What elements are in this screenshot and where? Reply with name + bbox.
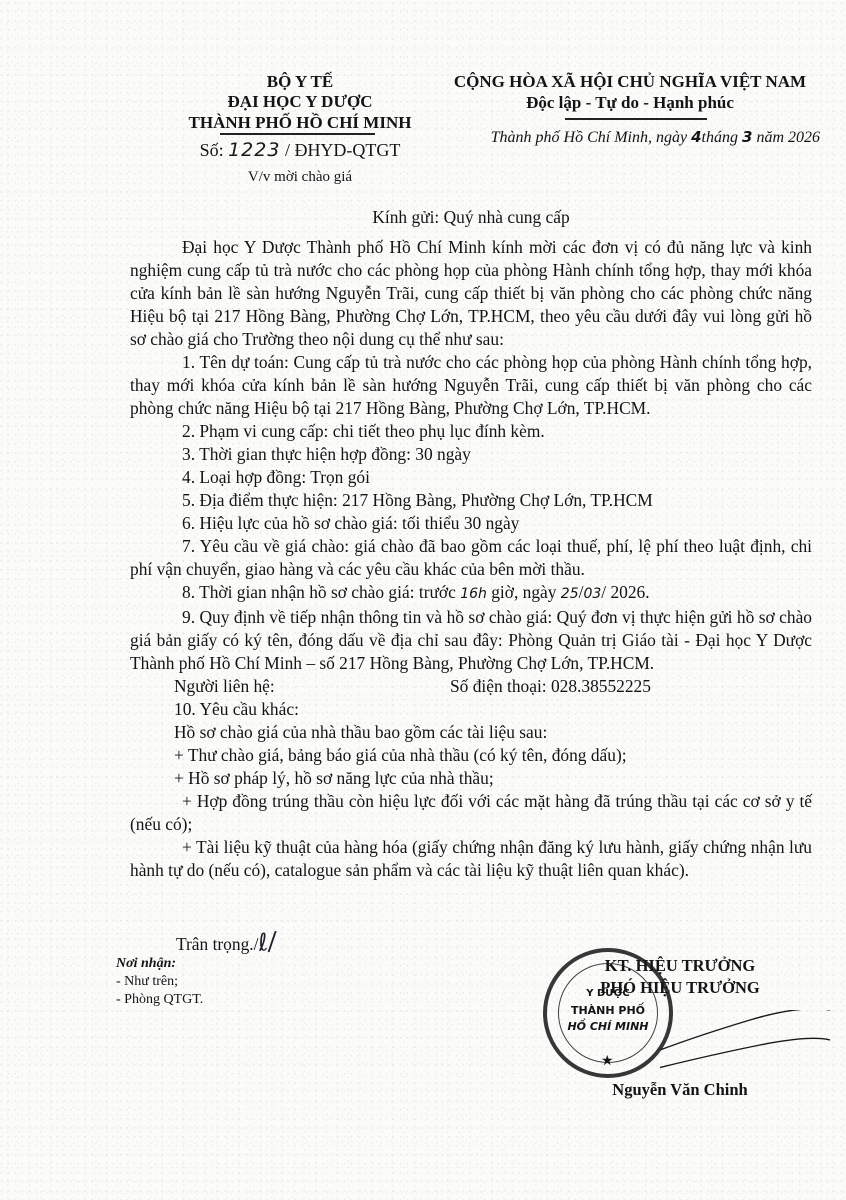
subject-line: V/v mời chào giá xyxy=(150,169,450,186)
required-doc-1: + Thư chào giá, bảng báo giá của nhà thầ… xyxy=(130,744,812,767)
item-9: 9. Quy định về tiếp nhận thông tin và hồ… xyxy=(130,606,812,675)
item-8: 8. Thời gian nhận hồ sơ chào giá: trước … xyxy=(130,581,812,606)
university-name-line2: THÀNH PHỐ HỒ CHÍ MINH xyxy=(150,112,450,133)
date-month-label: tháng xyxy=(702,129,742,146)
date-month-handwritten: 3 xyxy=(742,128,752,146)
deadline-day-handwritten: 25 xyxy=(561,586,579,602)
recipients-block: Nơi nhận: - Như trên; - Phòng QTGT. xyxy=(116,955,203,1009)
date-year: năm 2026 xyxy=(752,129,820,146)
doc-number-handwritten: 1223 xyxy=(228,139,280,161)
contact-phone: Số điện thoại: 028.38552225 xyxy=(450,675,651,698)
item-5: 5. Địa điểm thực hiện: 217 Hồng Bàng, Ph… xyxy=(130,489,812,512)
recipient-item: - Như trên; xyxy=(116,973,203,991)
recipient-item: - Phòng QTGT. xyxy=(116,991,203,1009)
item-8-suffix: / 2026. xyxy=(601,582,649,602)
doc-number-suffix: / ĐHYD-QTGT xyxy=(280,140,400,160)
doc-number-label: Số: xyxy=(200,140,229,160)
required-doc-3: + Hợp đồng trúng thầu còn hiệu lực đối v… xyxy=(130,790,812,836)
issuing-organization: BỘ Y TẾ ĐẠI HỌC Y DƯỢC THÀNH PHỐ HỒ CHÍ … xyxy=(150,72,450,133)
item-7: 7. Yêu cầu về giá chào: giá chào đã bao … xyxy=(130,535,812,581)
item-8-prefix: 8. Thời gian nhận hồ sơ chào giá: trước xyxy=(182,582,460,602)
letter-body: Đại học Y Dược Thành phố Hồ Chí Minh kín… xyxy=(130,236,812,882)
recipients-title: Nơi nhận: xyxy=(116,955,203,973)
seal-text-2: THÀNH PHỐ xyxy=(547,1004,669,1017)
signature-title-1: KT. HIỆU TRƯỞNG xyxy=(560,955,800,977)
document-number: Số: 1223 / ĐHYD-QTGT xyxy=(150,139,450,161)
intro-paragraph: Đại học Y Dược Thành phố Hồ Chí Minh kín… xyxy=(130,236,812,351)
required-doc-2: + Hồ sơ pháp lý, hồ sơ năng lực của nhà … xyxy=(130,767,812,790)
ministry-name: BỘ Y TẾ xyxy=(150,72,450,92)
item-4: 4. Loại hợp đồng: Trọn gói xyxy=(130,466,812,489)
national-motto: Độc lập - Tự do - Hạnh phúc xyxy=(440,92,820,113)
contact-row: Người liên hệ: Số điện thoại: 028.385522… xyxy=(130,675,812,698)
item-10-title: 10. Yêu cầu khác: xyxy=(130,698,812,721)
seal-text-3: HỒ CHÍ MINH xyxy=(547,1020,669,1033)
item-8-mid: giờ, ngày xyxy=(487,582,561,602)
deadline-month-handwritten: 03 xyxy=(583,586,601,602)
deadline-hour-handwritten: 16h xyxy=(460,586,487,602)
national-header: CỘNG HÒA XÃ HỘI CHỦ NGHĨA VIỆT NAM Độc l… xyxy=(440,72,820,113)
item-2: 2. Phạm vi cung cấp: chi tiết theo phụ l… xyxy=(130,420,812,443)
salutation: Kính gửi: Quý nhà cung cấp xyxy=(130,207,812,228)
item-6: 6. Hiệu lực của hồ sơ chào giá: tối thiể… xyxy=(130,512,812,535)
nation-name: CỘNG HÒA XÃ HỘI CHỦ NGHĨA VIỆT NAM xyxy=(440,72,820,92)
initial-mark: ℓ/ xyxy=(256,927,278,957)
handwritten-signature xyxy=(660,1010,830,1070)
header-underline-right xyxy=(565,118,707,120)
star-icon: ★ xyxy=(601,1053,614,1070)
place-and-date: Thành phố Hồ Chí Minh, ngày 4tháng 3 năm… xyxy=(440,128,820,147)
date-prefix: Thành phố Hồ Chí Minh, ngày xyxy=(491,129,691,146)
date-day-handwritten: 4 xyxy=(691,128,701,146)
signer-name: Nguyễn Văn Chinh xyxy=(560,1080,800,1100)
contact-person-label: Người liên hệ: xyxy=(130,675,450,698)
closing-remark: Trân trọng./. xyxy=(176,934,263,955)
signature-title-2: PHÓ HIỆU TRƯỞNG xyxy=(560,977,800,999)
university-name-line1: ĐẠI HỌC Y DƯỢC xyxy=(150,92,450,112)
header-underline-left xyxy=(220,133,375,135)
item-3: 3. Thời gian thực hiện hợp đồng: 30 ngày xyxy=(130,443,812,466)
item-10-intro: Hồ sơ chào giá của nhà thầu bao gồm các … xyxy=(130,721,812,744)
item-1: 1. Tên dự toán: Cung cấp tủ trà nước cho… xyxy=(130,351,812,420)
required-doc-4: + Tài liệu kỹ thuật của hàng hóa (giấy c… xyxy=(130,836,812,882)
signature-title-block: KT. HIỆU TRƯỞNG PHÓ HIỆU TRƯỞNG xyxy=(560,955,800,999)
